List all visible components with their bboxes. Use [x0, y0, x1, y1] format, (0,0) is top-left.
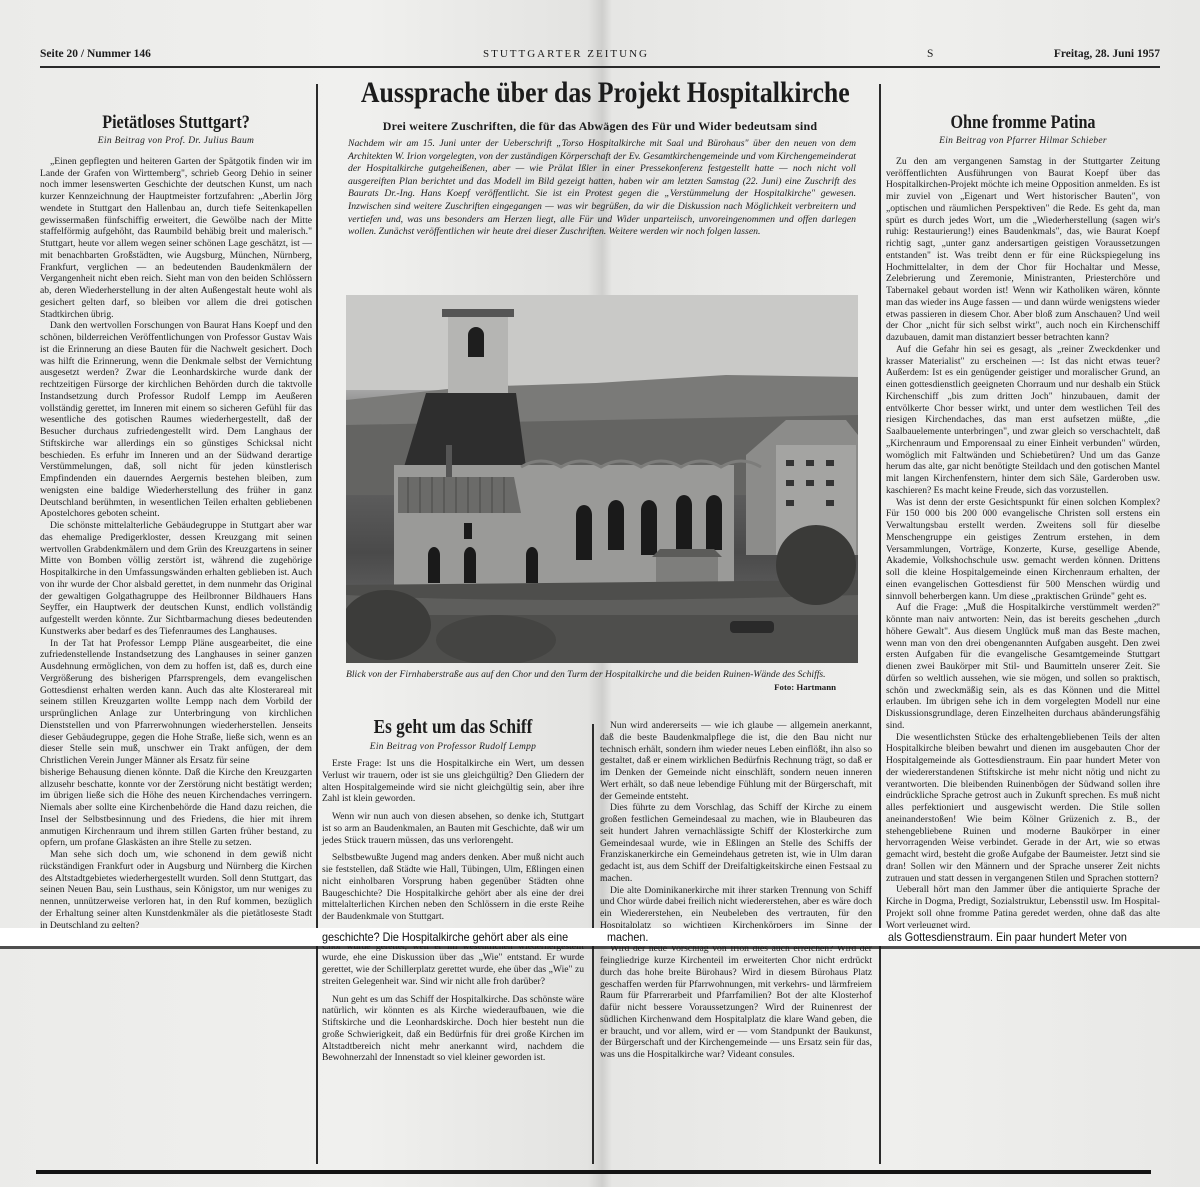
- article-paragraph: Auf die Gefahr hin sei es gesagt, als „r…: [886, 344, 1160, 497]
- article-byline: Ein Beitrag von Professor Rudolf Lempp: [322, 742, 584, 752]
- article-title: Es geht um das Schiff: [340, 716, 565, 739]
- column-divider: [879, 84, 881, 1164]
- article-paragraph: Ueberall hört man den Jammer über die an…: [886, 884, 1160, 931]
- masthead-separator: S: [927, 48, 933, 60]
- article-paragraph: Selbstbewußte Jugend mag anders denken. …: [322, 852, 584, 923]
- article-es-geht-um-das-schiff-col2: Nun wird andererseits — wie ich glaube —…: [600, 720, 872, 1061]
- article-paragraph: „Einen gepflegten und heiteren Garten de…: [40, 156, 312, 321]
- column-divider: [316, 84, 318, 1164]
- article-paragraph: Zu den am vergangenen Samstag in der Stu…: [886, 156, 1160, 344]
- article-pietaetloses-stuttgart: Pietätloses Stuttgart? Ein Beitrag von P…: [40, 112, 312, 931]
- article-paragraph: Dies führte zu dem Vorschlag, das Schiff…: [600, 802, 872, 884]
- article-paragraph: In der Tat hat Professor Lempp Pläne aus…: [40, 638, 312, 767]
- article-paragraph: bisherige Behausung dienen könnte. Daß d…: [40, 767, 312, 849]
- scan-seam: [0, 946, 1200, 949]
- newspaper-page: Seite 20 / Nummer 146 STUTTGARTER ZEITUN…: [0, 0, 1200, 1187]
- main-headline-block: Aussprache über das Projekt Hospitalkirc…: [322, 76, 878, 134]
- masthead-rule: [40, 66, 1160, 68]
- page-bottom-rule: [36, 1170, 1151, 1174]
- article-paragraph: Wird der neue Vorschlag von Irion dies a…: [600, 943, 872, 1061]
- article-paragraph: Die wesentlichsten Stücke des erhaltenge…: [886, 732, 1160, 885]
- main-headline: Aussprache über das Projekt Hospitalkirc…: [361, 76, 839, 110]
- article-es-geht-um-das-schiff-header: Es geht um das Schiff Ein Beitrag von Pr…: [322, 716, 584, 752]
- article-paragraph: Erste Frage: Ist uns die Hospitalkirche …: [322, 758, 584, 805]
- article-byline: Ein Beitrag von Pfarrer Hilmar Schieber: [886, 136, 1160, 148]
- article-es-geht-um-das-schiff-col1: Erste Frage: Ist uns die Hospitalkirche …: [322, 758, 584, 1070]
- article-title: Pietätloses Stuttgart?: [60, 112, 291, 134]
- photo-caption: Blick von der Firnhaberstraße aus auf de…: [346, 669, 858, 681]
- article-paragraph: Nun wird andererseits — wie ich glaube —…: [600, 720, 872, 802]
- overlay-text-segment: als Gottesdienstraum. Ein paar hundert M…: [888, 930, 1127, 944]
- article-ohne-fromme-patina: Ohne fromme Patina Ein Beitrag von Pfarr…: [886, 112, 1160, 931]
- church-ruin-illustration: [346, 295, 858, 663]
- photo-caption-text: Blick von der Firnhaberstraße aus auf de…: [346, 669, 826, 680]
- editorial-intro: Nachdem wir am 15. Juni unter der Uebers…: [348, 138, 856, 239]
- article-paragraph: Dank den wertvollen Forschungen von Baur…: [40, 320, 312, 520]
- article-paragraph: Nun geht es um das Schiff der Hospitalki…: [322, 994, 584, 1065]
- article-paragraph: Auf die Frage: „Muß die Hospitalkirche v…: [886, 602, 1160, 731]
- article-byline: Ein Beitrag von Prof. Dr. Julius Baum: [40, 136, 312, 148]
- page-number: Seite 20 / Nummer 146: [40, 48, 151, 60]
- ocr-overlay-strip: geschichte? Die Hospitalkirche gehört ab…: [0, 928, 1200, 946]
- article-paragraph: Die schönste mittelalterliche Gebäudegru…: [40, 520, 312, 638]
- newspaper-name: STUTTGARTER ZEITUNG: [483, 48, 649, 60]
- overlay-text-segment: geschichte? Die Hospitalkirche gehört ab…: [322, 930, 568, 944]
- issue-date: Freitag, 28. Juni 1957: [1054, 48, 1160, 60]
- masthead: Seite 20 / Nummer 146 STUTTGARTER ZEITUN…: [40, 46, 1160, 66]
- article-paragraph: Wenn wir nun auch von diesen absehen, so…: [322, 811, 584, 846]
- article-title: Ohne fromme Patina: [907, 112, 1140, 134]
- article-paragraph: Was ist denn der erste Gesichtspunkt für…: [886, 497, 1160, 603]
- main-subheadline: Drei weitere Zuschriften, die für das Ab…: [322, 119, 878, 134]
- photo-credit: Foto: Hartmann: [774, 681, 836, 693]
- article-paragraph: Man sehe sich doch um, wie schonend in d…: [40, 849, 312, 931]
- church-photo: [346, 295, 858, 663]
- overlay-text-segment: machen.: [607, 930, 648, 944]
